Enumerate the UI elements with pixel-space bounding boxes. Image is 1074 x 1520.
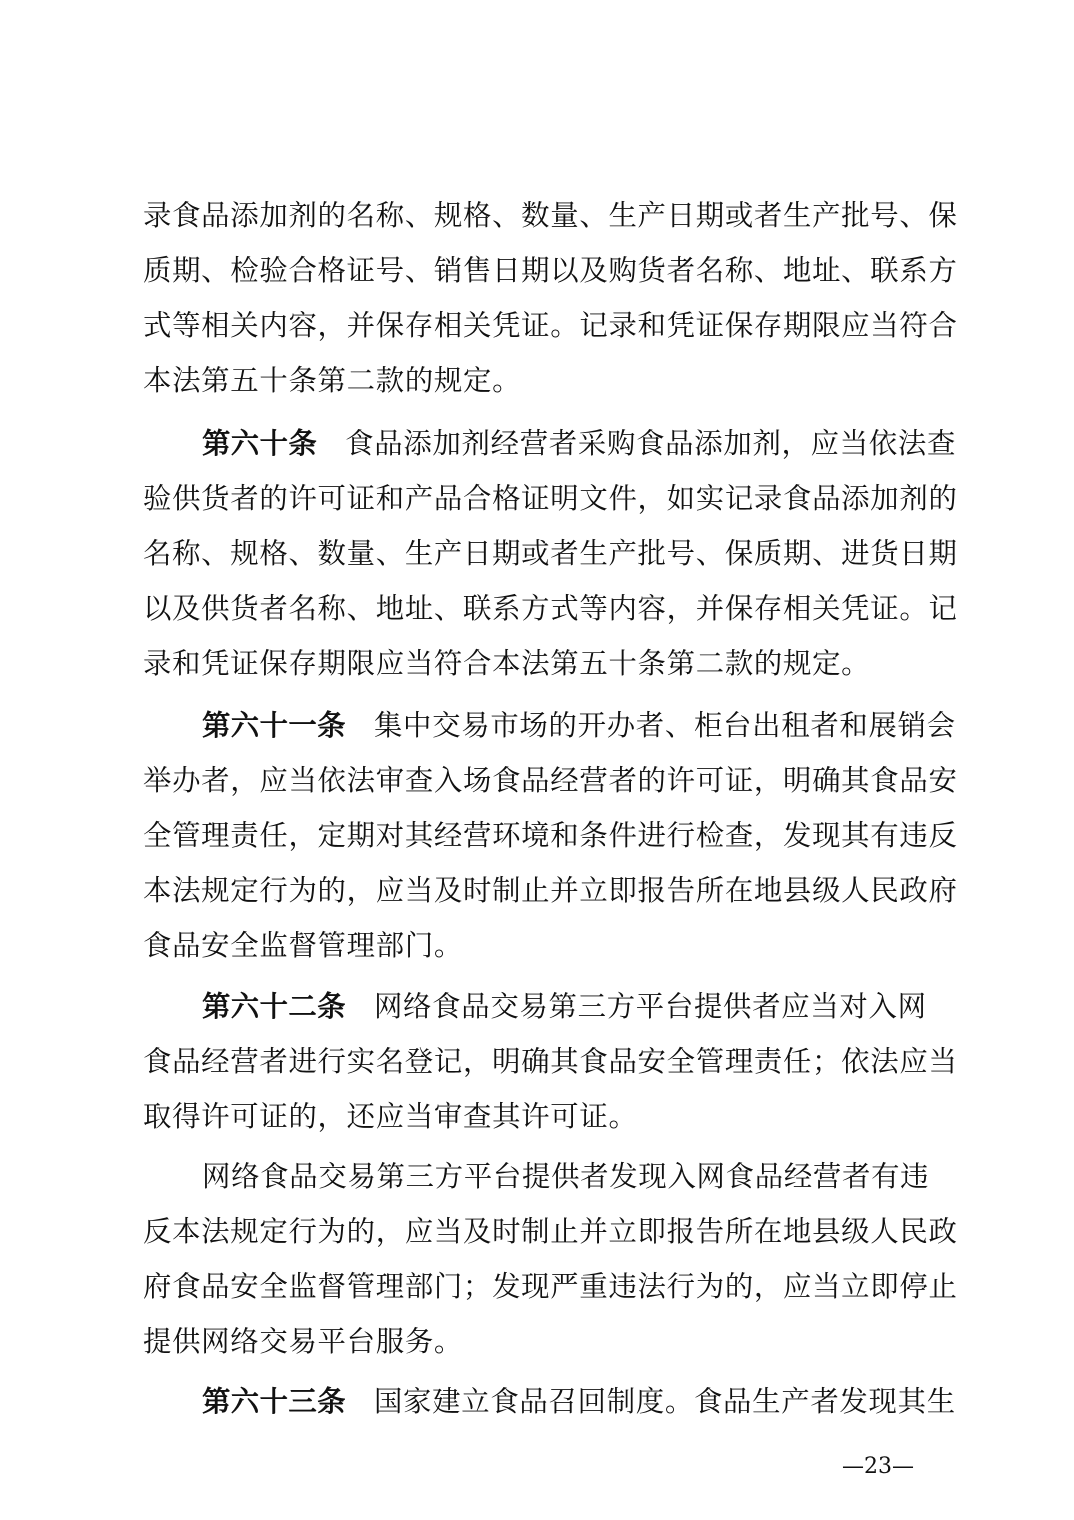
article-number: 第六十条: [202, 427, 317, 460]
text-line: 提供网络交易平台服务。: [143, 1322, 943, 1362]
text-line: 以及供货者名称、地址、联系方式等内容，并保存相关凭证。记: [143, 589, 943, 629]
article-60-first-line: 第六十条食品添加剂经营者采购食品添加剂，应当依法查: [202, 424, 943, 464]
text-line: 举办者，应当依法审查入场食品经营者的许可证，明确其食品安: [143, 761, 943, 801]
page-number: —23—: [842, 1452, 914, 1482]
text-line: 验供货者的许可证和产品合格证明文件，如实记录食品添加剂的: [143, 479, 943, 519]
article-number: 第六十三条: [202, 1385, 346, 1418]
text-line: 质期、检验合格证号、销售日期以及购货者名称、地址、联系方: [143, 251, 943, 291]
article-number: 第六十一条: [202, 709, 346, 742]
text-line: 全管理责任，定期对其经营环境和条件进行检查，发现其有违反: [143, 816, 943, 856]
article-62-paragraph-2-first-line: 网络食品交易第三方平台提供者发现入网食品经营者有违: [202, 1157, 943, 1197]
text-line: 取得许可证的，还应当审查其许可证。: [143, 1097, 943, 1137]
text-line: 本法第五十条第二款的规定。: [143, 361, 943, 401]
text-line: 名称、规格、数量、生产日期或者生产批号、保质期、进货日期: [143, 534, 943, 574]
text-line: 录食品添加剂的名称、规格、数量、生产日期或者生产批号、保: [143, 196, 943, 236]
text-line: 本法规定行为的，应当及时制止并立即报告所在地县级人民政府: [143, 871, 943, 911]
article-text: 网络食品交易第三方平台提供者应当对入网: [374, 990, 927, 1023]
text-line: 式等相关内容，并保存相关凭证。记录和凭证保存期限应当符合: [143, 306, 943, 346]
article-63-first-line: 第六十三条国家建立食品召回制度。食品生产者发现其生: [202, 1382, 943, 1422]
text-line: 食品安全监督管理部门。: [143, 926, 943, 966]
text-line: 反本法规定行为的，应当及时制止并立即报告所在地县级人民政: [143, 1212, 943, 1252]
document-page: 录食品添加剂的名称、规格、数量、生产日期或者生产批号、保 质期、检验合格证号、销…: [0, 0, 1074, 1520]
article-text: 集中交易市场的开办者、柜台出租者和展销会: [374, 709, 956, 742]
article-text: 食品添加剂经营者采购食品添加剂，应当依法查: [345, 427, 956, 460]
text-line: 府食品安全监督管理部门；发现严重违法行为的，应当立即停止: [143, 1267, 943, 1307]
article-62-first-line: 第六十二条网络食品交易第三方平台提供者应当对入网: [202, 987, 943, 1027]
article-number: 第六十二条: [202, 990, 346, 1023]
text-line: 食品经营者进行实名登记，明确其食品安全管理责任；依法应当: [143, 1042, 943, 1082]
text-line: 录和凭证保存期限应当符合本法第五十条第二款的规定。: [143, 644, 943, 684]
article-61-first-line: 第六十一条集中交易市场的开办者、柜台出租者和展销会: [202, 706, 943, 746]
article-text: 国家建立食品召回制度。食品生产者发现其生: [374, 1385, 956, 1418]
